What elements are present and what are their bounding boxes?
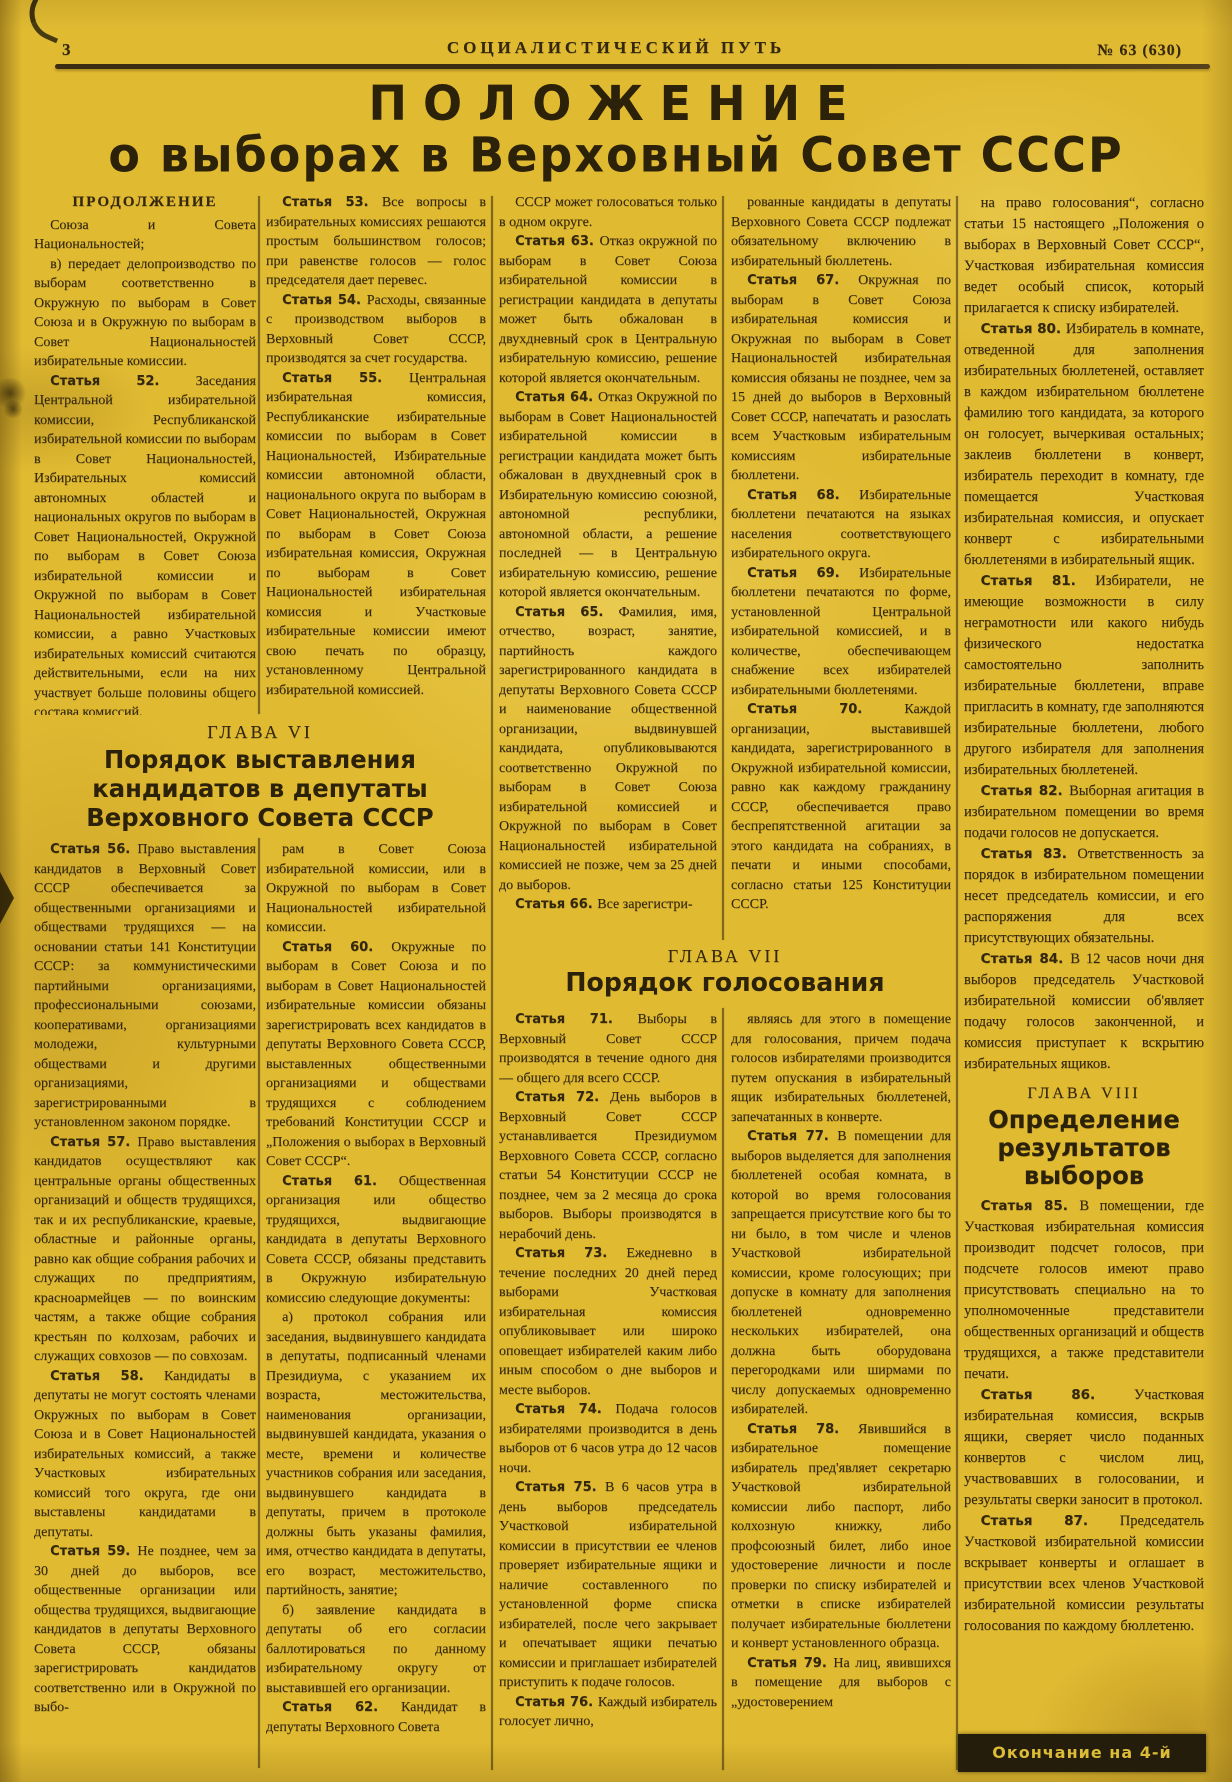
article-paragraph: Статья 70. Каждой организации, выставивш… xyxy=(731,700,951,915)
chapter-viii-heading: ГЛАВА VIII Определение результатов выбор… xyxy=(964,1083,1204,1190)
newspaper-page: { "page_header": { "page_number": "3", "… xyxy=(0,0,1232,1782)
paragraph: являясь для этого в помещение для голосо… xyxy=(731,1010,951,1127)
article-paragraph: Статья 69. Избирательные бюллетени печат… xyxy=(731,564,951,701)
continuation-label: ПРОДОЛЖЕНИЕ xyxy=(34,193,256,213)
article-title-line1: ПОЛОЖЕНИЕ xyxy=(0,75,1232,132)
column-3-bottom: Статья 71. Выборы в Верховный Совет СССР… xyxy=(499,1010,717,1774)
article-number: Статья 76. xyxy=(515,1695,598,1710)
article-paragraph: Статья 59. Не позднее, чем за 30 дней до… xyxy=(34,1542,256,1718)
column-5-lower: Статья 85. В помещении, где Участковая и… xyxy=(964,1196,1204,1637)
article-paragraph: Статья 86. Участковая избирательная коми… xyxy=(964,1385,1204,1511)
chapter-vi-title: Порядок выставления кандидатов в депутат… xyxy=(41,745,479,832)
article-number: Статья 64. xyxy=(515,390,598,405)
ink-blot xyxy=(2,400,24,418)
article-title-line2: о выборах в Верховный Совет СССР xyxy=(0,127,1232,183)
article-number: Статья 87. xyxy=(981,1513,1120,1529)
article-number: Статья 56. xyxy=(50,842,137,857)
article-number: Статья 65. xyxy=(515,605,618,620)
article-paragraph: Статья 72. День выборов в Верховный Сове… xyxy=(499,1088,717,1244)
article-number: Статья 69. xyxy=(747,566,859,581)
article-number: Статья 68. xyxy=(747,488,859,503)
chapter-vii-heading: ГЛАВА VII Порядок голосования xyxy=(499,946,951,1004)
issue-number: № 63 (630) xyxy=(1097,42,1182,60)
article-paragraph: Статья 55. Центральная избирательная ком… xyxy=(266,369,486,701)
column-5: на право голосования“, согласно статьи 1… xyxy=(964,193,1204,1725)
article-paragraph: Статья 62. Кандидат в депутаты Верховног… xyxy=(266,1698,486,1737)
article-number: Статья 85. xyxy=(981,1198,1080,1214)
page-edge-tear xyxy=(0,872,14,924)
article-paragraph: Статья 68. Избирательные бюллетени печат… xyxy=(731,486,951,564)
paragraph: а) протокол собрания или заседания, выдв… xyxy=(266,1308,486,1601)
column-4-bottom: являясь для этого в помещение для голосо… xyxy=(731,1010,951,1774)
article-number: Статья 83. xyxy=(981,846,1078,862)
article-paragraph: Статья 79. На лиц, явившихся в помещение… xyxy=(731,1654,951,1713)
article-paragraph: Статья 75. В 6 часов утра в день выборов… xyxy=(499,1478,717,1693)
masthead: СОЦИАЛИСТИЧЕСКИЙ ПУТЬ xyxy=(0,38,1232,58)
article-paragraph: Статья 81. Избиратели, не имеющие возмож… xyxy=(964,571,1204,781)
article-number: Статья 57. xyxy=(50,1135,137,1150)
continuation-notice: Окончание на 4-й странице xyxy=(958,1734,1206,1772)
chapter-vi-kicker: ГЛАВА VI xyxy=(34,722,486,743)
article-paragraph: Статья 84. В 12 часов ночи дня выборов п… xyxy=(964,949,1204,1075)
column-2-top: Статья 53. Все вопросы в избирательных к… xyxy=(266,193,486,715)
article-paragraph: Статья 61. Общественная организация или … xyxy=(266,1172,486,1309)
article-number: Статья 54. xyxy=(282,293,367,308)
column-rule xyxy=(956,196,958,1770)
article-paragraph: Статья 54. Расходы, связанные с производ… xyxy=(266,291,486,369)
article-number: Статья 77. xyxy=(747,1129,837,1144)
article-number: Статья 55. xyxy=(282,371,409,386)
chapter-viii-title: Определение результатов выборов xyxy=(968,1106,1201,1190)
article-paragraph: Статья 80. Избиратель в комнате, отведен… xyxy=(964,319,1204,571)
paragraph: рам в Совет Союза избирательной комиссии… xyxy=(266,840,486,938)
article-number: Статья 59. xyxy=(50,1544,137,1559)
article-number: Статья 66. xyxy=(515,897,597,912)
column-1-top: ПРОДОЛЖЕНИЕСоюза и Совета Национальносте… xyxy=(34,193,256,715)
article-paragraph: Статья 85. В помещении, где Участковая и… xyxy=(964,1196,1204,1385)
article-number: Статья 79. xyxy=(747,1656,833,1671)
article-paragraph: Статья 78. Явившийся в избирательное пом… xyxy=(731,1420,951,1654)
article-number: Статья 86. xyxy=(981,1387,1134,1403)
article-number: Статья 78. xyxy=(747,1422,858,1437)
ink-squiggle xyxy=(21,0,71,43)
article-paragraph: Статья 56. Право выставления кандидатов … xyxy=(34,840,256,1133)
article-number: Статья 60. xyxy=(282,940,391,955)
article-paragraph: Статья 71. Выборы в Верховный Совет СССР… xyxy=(499,1010,717,1088)
article-number: Статья 67. xyxy=(747,273,858,288)
article-paragraph: Статья 82. Выборная агитация в избирател… xyxy=(964,781,1204,844)
paragraph: на право голосования“, согласно статьи 1… xyxy=(964,193,1204,319)
article-paragraph: Статья 52. Заседания Центральной избират… xyxy=(34,372,256,716)
column-5-upper: на право голосования“, согласно статьи 1… xyxy=(964,193,1204,1075)
article-paragraph: Статья 66. Все зарегистри- xyxy=(499,895,717,915)
article-paragraph: Статья 60. Окружные по выборам в Совет С… xyxy=(266,938,486,1172)
article-number: Статья 81. xyxy=(981,573,1096,589)
article-number: Статья 62. xyxy=(282,1700,401,1715)
header-rule xyxy=(55,64,1210,69)
article-number: Статья 80. xyxy=(981,321,1066,337)
chapter-vi-heading: ГЛАВА VI Порядок выставления кандидатов … xyxy=(34,722,486,834)
chapter-vii-kicker: ГЛАВА VII xyxy=(499,946,951,967)
article-number: Статья 61. xyxy=(282,1174,399,1189)
paragraph: б) заявление кандидата в депутаты об его… xyxy=(266,1601,486,1699)
article-paragraph: Статья 67. Окружная по выборам в Совет С… xyxy=(731,271,951,486)
article-paragraph: Статья 65. Фамилия, имя, отчество, возра… xyxy=(499,603,717,896)
article-number: Статья 52. xyxy=(50,374,196,389)
article-number: Статья 82. xyxy=(981,783,1069,799)
paragraph: СССР может голосоваться только в одном о… xyxy=(499,193,717,232)
article-paragraph: Статья 77. В помещении для выборов выдел… xyxy=(731,1127,951,1420)
article-paragraph: Статья 74. Подача голосов избирателями п… xyxy=(499,1400,717,1478)
article-paragraph: Статья 83. Ответственность за порядок в … xyxy=(964,844,1204,949)
column-rule xyxy=(722,1008,724,1770)
column-2-bottom: рам в Совет Союза избирательной комиссии… xyxy=(266,840,486,1774)
article-number: Статья 72. xyxy=(515,1090,610,1105)
article-number: Статья 70. xyxy=(747,702,904,717)
article-paragraph: Статья 76. Каждый избиратель голосует ли… xyxy=(499,1693,717,1732)
article-paragraph: Статья 58. Кандидаты в депутаты не могут… xyxy=(34,1367,256,1543)
article-paragraph: Статья 53. Все вопросы в избирательных к… xyxy=(266,193,486,291)
article-number: Статья 58. xyxy=(50,1369,164,1384)
column-1-bottom: Статья 56. Право выставления кандидатов … xyxy=(34,840,256,1774)
column-4-top: рованные кандидаты в депутаты Верховного… xyxy=(731,193,951,941)
article-paragraph: Статья 73. Ежедневно в течение последних… xyxy=(499,1244,717,1400)
paragraph: рованные кандидаты в депутаты Верховного… xyxy=(731,193,951,271)
column-rule xyxy=(491,196,493,1770)
column-3-top: СССР может голосоваться только в одном о… xyxy=(499,193,717,941)
article-number: Статья 53. xyxy=(282,195,382,210)
article-number: Статья 71. xyxy=(515,1012,637,1027)
article-paragraph: Статья 87. Председатель Участковой избир… xyxy=(964,1511,1204,1637)
article-paragraph: Статья 64. Отказ Окружной по выборам в С… xyxy=(499,388,717,603)
column-rule xyxy=(722,196,724,940)
paragraph: Союза и Совета Национальностей; xyxy=(34,216,256,255)
article-number: Статья 73. xyxy=(515,1246,626,1261)
article-number: Статья 75. xyxy=(515,1480,605,1495)
chapter-viii-kicker: ГЛАВА VIII xyxy=(964,1083,1204,1104)
article-paragraph: Статья 57. Право выставления кандидатов … xyxy=(34,1133,256,1367)
article-number: Статья 84. xyxy=(981,951,1071,967)
column-rule xyxy=(258,838,260,1768)
paragraph: в) передает делопроизводство по выборам … xyxy=(34,255,256,372)
article-number: Статья 74. xyxy=(515,1402,615,1417)
article-paragraph: Статья 63. Отказ окружной по выборам в С… xyxy=(499,232,717,388)
chapter-vii-title: Порядок голосования xyxy=(506,969,944,997)
article-number: Статья 63. xyxy=(515,234,599,249)
column-rule xyxy=(258,196,260,714)
